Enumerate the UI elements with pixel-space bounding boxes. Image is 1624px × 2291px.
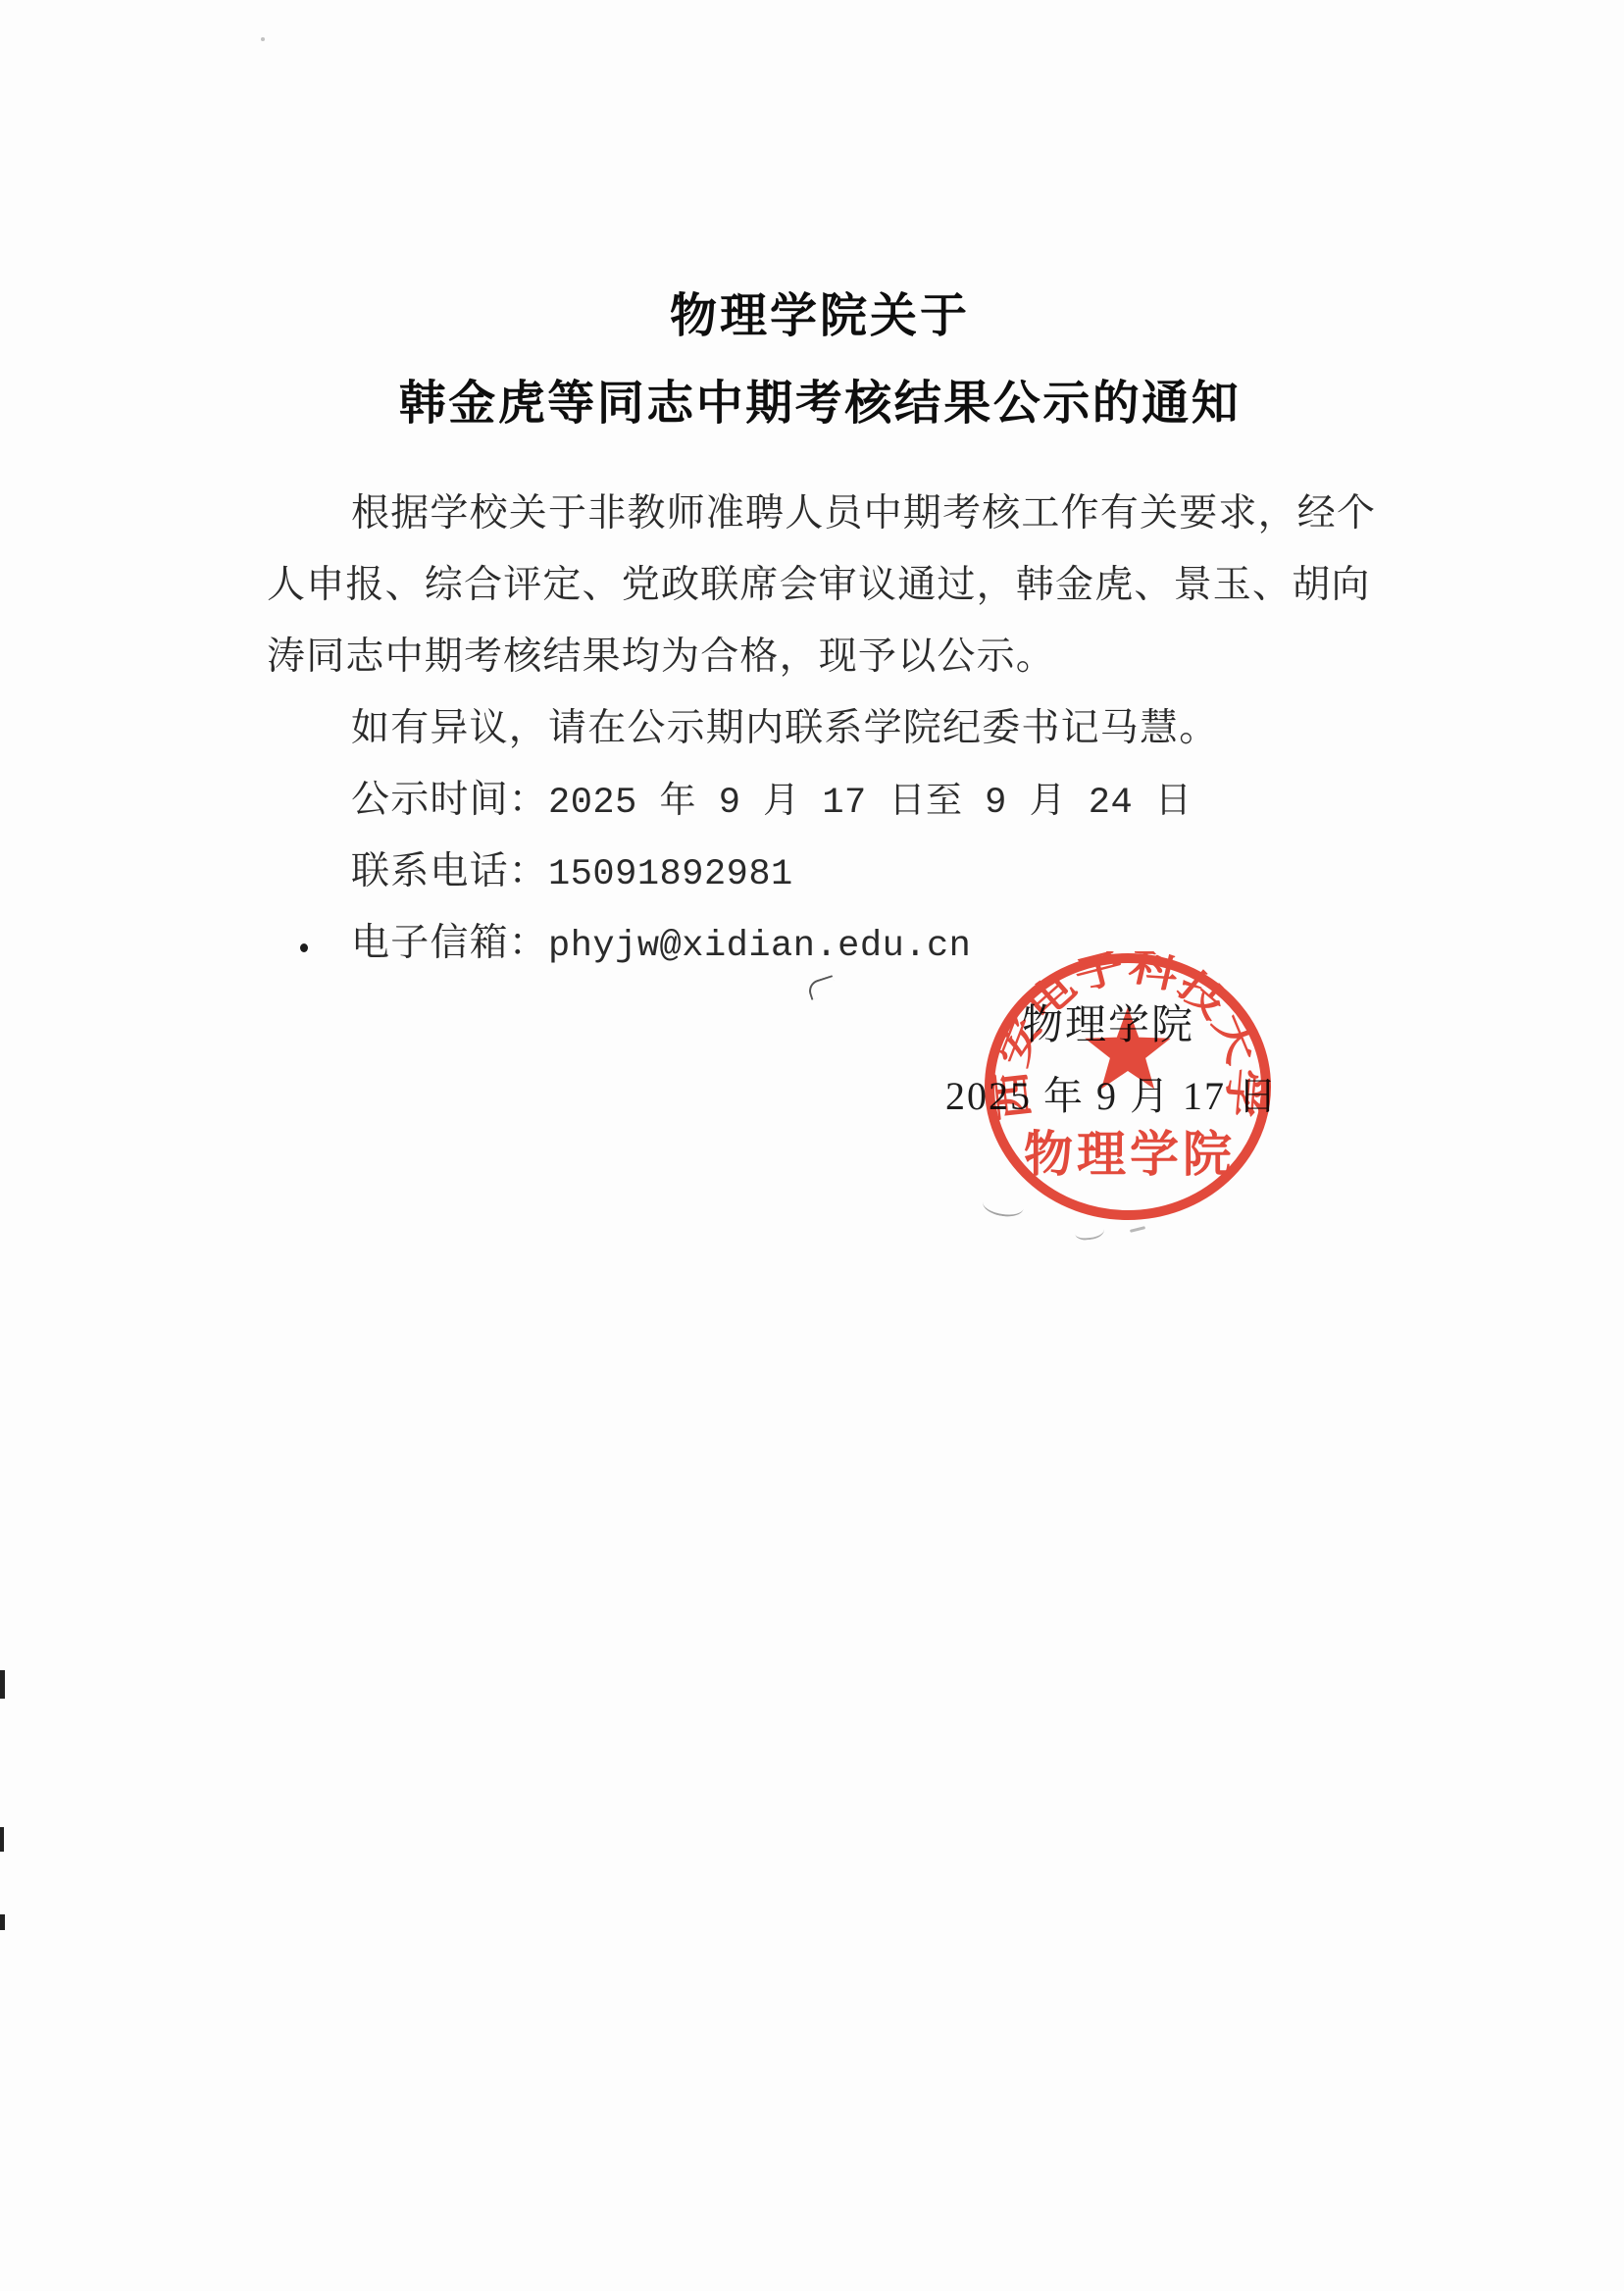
contact-email-value: phyjw@xidian.edu.cn [548,926,971,967]
contact-phone-label: 联系电话： [351,850,548,892]
scan-artifact-curl [982,1192,1026,1219]
body-line: 根据学校关于非教师准聘人员中期考核工作有关要求，经个 [267,478,1385,549]
publicity-period-label: 公示时间： [351,779,548,821]
scan-artifact-speck [261,37,265,41]
publicity-period-row: 公示时间：2025 年 9 月 17 日至 9 月 24 日 [267,764,1385,836]
scan-artifact-curl [1130,1226,1145,1233]
scanned-notice-page: 物理学院关于 韩金虎等同志中期考核结果公示的通知 根据学校关于非教师准聘人员中期… [0,0,1624,2291]
scan-artifact-edge-mark [0,1827,4,1852]
contact-email-label: 电子信箱： [351,922,548,964]
scan-artifact-edge-mark [0,1914,5,1930]
body-line: 人申报、综合评定、党政联席会审议通过，韩金虎、景玉、胡向 [267,549,1385,621]
body-line: 涛同志中期考核结果均为合格，现予以公示。 [267,621,1385,692]
notice-title-line-1: 物理学院关于 [267,282,1373,351]
notice-body: 根据学校关于非教师准聘人员中期考核工作有关要求，经个 人申报、综合评定、党政联席… [267,478,1385,979]
scan-artifact-ink-dot [300,943,308,952]
contact-email-row: 电子信箱：phyjw@xidian.edu.cn [267,907,1385,979]
contact-phone-value: 15091892981 [548,854,793,895]
scan-artifact-edge-mark [0,1670,5,1699]
body-line: 如有异议，请在公示期内联系学院纪委书记马慧。 [267,692,1385,764]
publicity-period-value: 2025 年 9 月 17 日至 9 月 24 日 [548,783,1192,824]
contact-phone-row: 联系电话：15091892981 [267,836,1385,907]
seal-bottom-text: 物理学院 [1024,1127,1236,1182]
signature-organization: 物理学院 [1022,993,1194,1051]
scan-artifact-curl [1074,1220,1105,1241]
notice-title-line-2: 韩金虎等同志中期考核结果公示的通知 [267,370,1373,438]
signature-date: 2025 年 9 月 17 日 [945,1065,1279,1121]
